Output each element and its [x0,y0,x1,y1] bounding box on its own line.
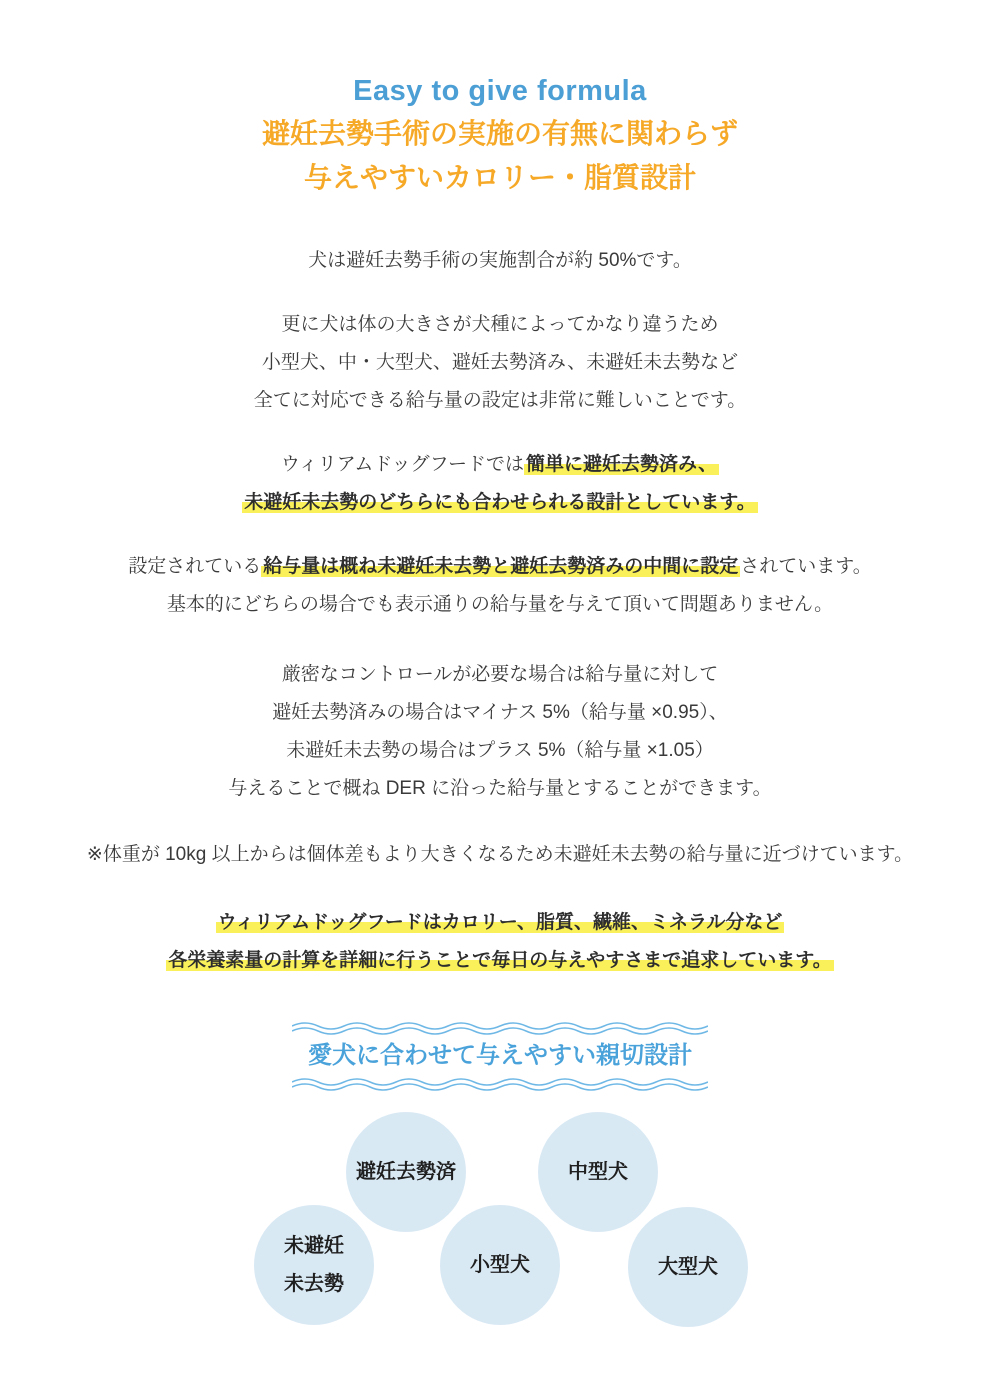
text-line: 与えることで概ね DER に沿った給与量とすることができます。 [40,770,960,808]
text-normal: 設定されている [128,556,261,577]
section-header: Easy to give formula 避妊去勢手術の実施の有無に関わらず 与… [0,0,1000,200]
text-line: 更に犬は体の大きさが犬種によってかなり違うため [40,306,960,344]
paragraph-nutrition-highlight: ウィリアムドッグフードはカロリー、脂質、繊維、ミネラル分など 各栄養素量の計算を… [40,904,960,980]
text-normal: ウィリアムドッグフードでは [281,454,524,475]
friendly-design-section: 愛犬に合わせて与えやすい親切設計 避妊去勢済 中型犬 未避妊 未去勢 小型犬 大… [0,1020,1000,1390]
text-line: 犬は避妊去勢手術の実施割合が約 50%です。 [40,242,960,280]
circle-label-line2: 未去勢 [284,1265,344,1303]
wavy-divider-bottom-icon [292,1076,708,1092]
circle-medium-dog: 中型犬 [538,1112,658,1232]
circle-label: 小型犬 [470,1246,530,1284]
text-line: ウィリアムドッグフードでは簡単に避妊去勢済み、 [40,446,960,484]
text-line: 未避妊未去勢の場合はプラス 5%（給与量 ×1.05） [40,732,960,770]
body-content: 犬は避妊去勢手術の実施割合が約 50%です。 更に犬は体の大きさが犬種によってか… [0,242,1000,980]
circle-label-line1: 未避妊 [284,1227,344,1265]
text-highlighted: 簡単に避妊去勢済み、 [524,454,719,475]
circle-label: 中型犬 [568,1153,628,1191]
text-highlighted: 各栄養素量の計算を詳細に行うことで毎日の与えやすさまで追求しています。 [166,950,833,971]
text-line: 小型犬、中・大型犬、避妊去勢済み、未避妊未去勢など [40,344,960,382]
text-line: 未避妊未去勢のどちらにも合わせられる設計としています。 [40,484,960,522]
paragraph-design-highlight: ウィリアムドッグフードでは簡単に避妊去勢済み、 未避妊未去勢のどちらにも合わせら… [40,446,960,522]
text-line: ※体重が 10kg 以上からは個体差もより大きくなるため未避妊未去勢の給与量に近… [40,836,960,874]
title-english: Easy to give formula [0,72,1000,110]
text-normal: されています。 [740,556,871,577]
text-line: 全てに対応できる給与量の設定は非常に難しいことです。 [40,382,960,420]
circle-label: 大型犬 [658,1248,718,1286]
page: Easy to give formula 避妊去勢手術の実施の有無に関わらず 与… [0,0,1000,1390]
text-line: ウィリアムドッグフードはカロリー、脂質、繊維、ミネラル分など [40,904,960,942]
circle-small-dog: 小型犬 [440,1205,560,1325]
dog-type-circles-diagram: 避妊去勢済 中型犬 未避妊 未去勢 小型犬 大型犬 [0,1092,1000,1390]
title-japanese-line2: 与えやすいカロリー・脂質設計 [0,156,1000,200]
paragraph-note-10kg: ※体重が 10kg 以上からは個体差もより大きくなるため未避妊未去勢の給与量に近… [40,836,960,874]
circle-label: 避妊去勢済 [356,1153,456,1191]
text-line: 基本的にどちらの場合でも表示通りの給与量を与えて頂いて問題ありません。 [40,586,960,624]
text-line: 厳密なコントロールが必要な場合は給与量に対して [40,656,960,694]
text-highlighted: 未避妊未去勢のどちらにも合わせられる設計としています。 [242,492,757,513]
text-highlighted: 給与量は概ね未避妊未去勢と避妊去勢済みの中間に設定 [261,556,740,577]
circle-spayed-neutered: 避妊去勢済 [346,1112,466,1232]
friendly-design-heading: 愛犬に合わせて与えやすい親切設計 [0,1040,1000,1072]
text-line: 設定されている給与量は概ね未避妊未去勢と避妊去勢済みの中間に設定されています。 [40,548,960,586]
wavy-divider-top-icon [292,1020,708,1036]
paragraph-surgery-rate: 犬は避妊去勢手術の実施割合が約 50%です。 [40,242,960,280]
paragraph-strict-control: 厳密なコントロールが必要な場合は給与量に対して 避妊去勢済みの場合はマイナス 5… [40,656,960,808]
circle-large-dog: 大型犬 [628,1207,748,1327]
text-line: 各栄養素量の計算を詳細に行うことで毎日の与えやすさまで追求しています。 [40,942,960,980]
paragraph-size-differences: 更に犬は体の大きさが犬種によってかなり違うため 小型犬、中・大型犬、避妊去勢済み… [40,306,960,420]
text-line: 避妊去勢済みの場合はマイナス 5%（給与量 ×0.95）、 [40,694,960,732]
text-highlighted: ウィリアムドッグフードはカロリー、脂質、繊維、ミネラル分など [216,912,785,933]
paragraph-feeding-amount: 設定されている給与量は概ね未避妊未去勢と避妊去勢済みの中間に設定されています。 … [40,548,960,624]
circle-intact-dog: 未避妊 未去勢 [254,1205,374,1325]
title-japanese-line1: 避妊去勢手術の実施の有無に関わらず [0,112,1000,156]
